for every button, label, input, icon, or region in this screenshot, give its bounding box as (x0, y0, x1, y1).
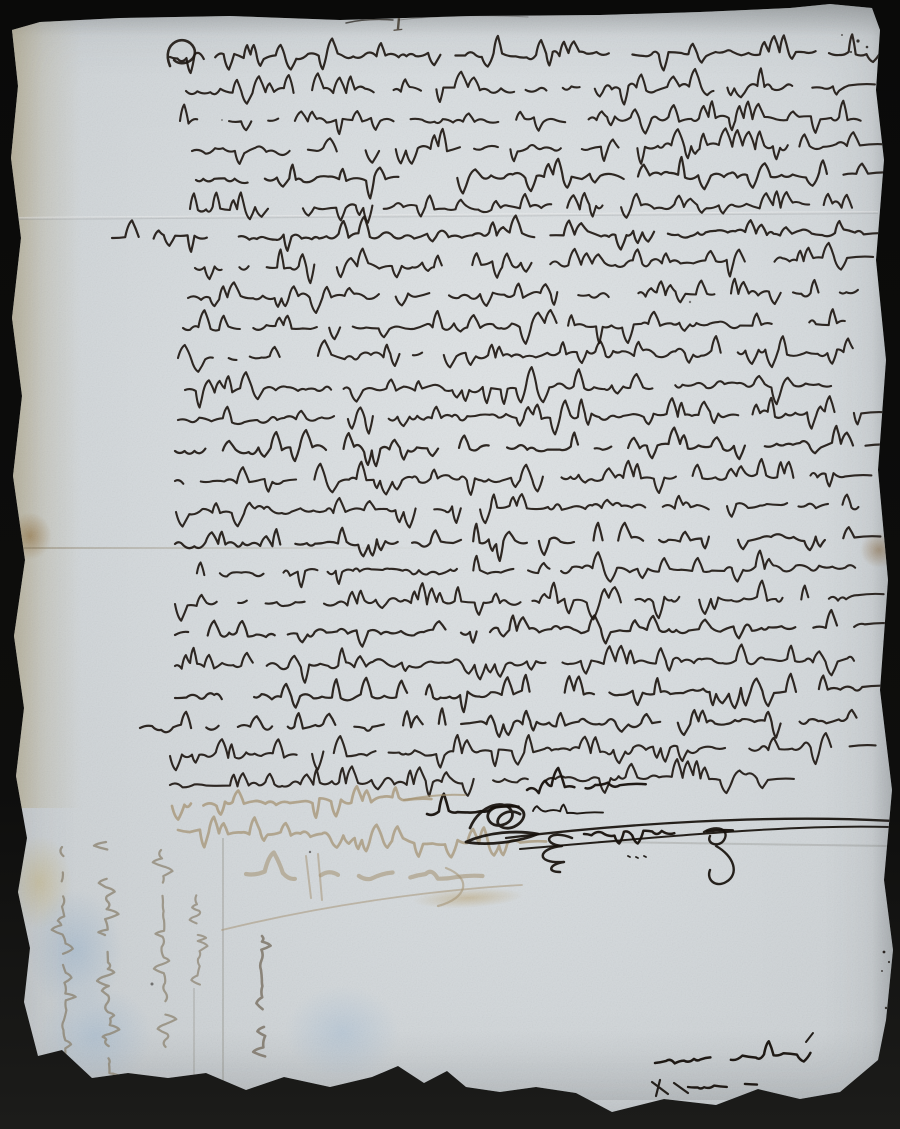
ink-speck-10 (151, 983, 154, 986)
ink-speck-2 (866, 46, 869, 49)
ink-speck-12 (221, 119, 223, 121)
ink-speck-1 (856, 39, 859, 42)
ink-speck-7 (888, 961, 890, 963)
ink-speck-6 (883, 951, 886, 954)
ink-speck-5 (689, 301, 691, 303)
ink-speck-4 (841, 34, 843, 36)
ink-speck-3 (850, 51, 852, 53)
manuscript-paper: 1 (0, 0, 900, 1129)
ink-speck-8 (881, 970, 883, 972)
photo-background: 1 (0, 0, 900, 1129)
ink-speck-11 (309, 851, 311, 853)
handwriting-layer: 1 (0, 0, 900, 1129)
ink-speck-9 (885, 1007, 887, 1009)
folio-number: 1 (389, 7, 408, 38)
